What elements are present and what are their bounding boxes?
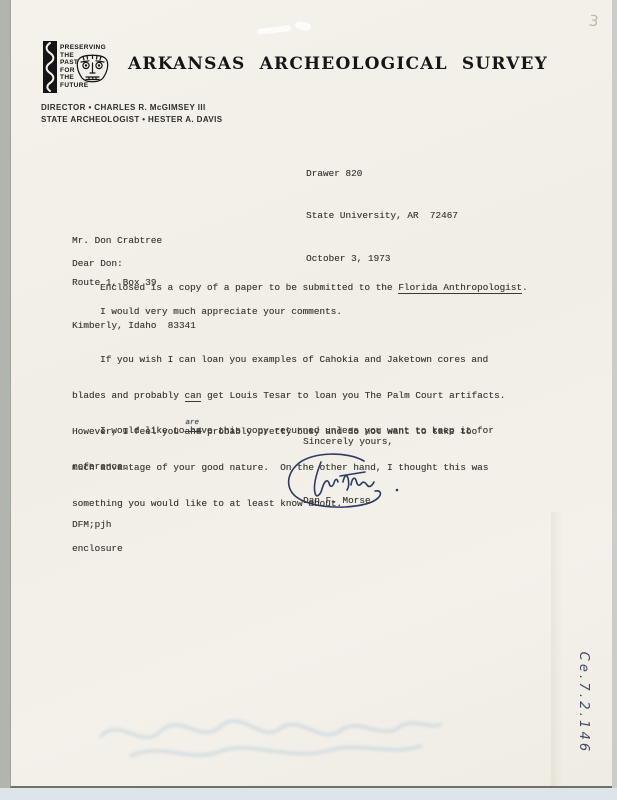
paragraph-1: Enclosed is a copy of a paper to be subm… — [72, 282, 528, 294]
letter-page: PRESERVING THE PAST FOR THE FUTURE ARKAN… — [10, 0, 612, 788]
closing: Sincerely yours, — [303, 436, 393, 448]
motto-line: PRESERVING — [60, 44, 106, 52]
director-line: DIRECTOR • CHARLES R. McGIMSEY III — [41, 103, 206, 112]
paragraph-text: Enclosed is a copy of a paper to be subm… — [100, 282, 398, 293]
paragraph-line: I would like to have this copy returned … — [72, 425, 494, 437]
scan-background-left — [0, 0, 10, 790]
paragraph-2: I would very much appreciate your commen… — [72, 306, 342, 318]
typed-signature-name: Dan F. Morse — [303, 495, 371, 507]
date-line: October 3, 1973 — [306, 252, 458, 266]
mask-face-icon — [74, 52, 111, 85]
state-archeologist-line: STATE ARCHEOLOGIST • HESTER A. DAVIS — [41, 115, 223, 124]
archive-number: Ce.7.2.146 — [573, 633, 591, 773]
paragraph-text: get Louis Tesar to loan you The Palm Cou… — [201, 390, 505, 401]
letterhead-title: ARKANSAS ARCHEOLOGICAL SURVEY — [128, 54, 548, 74]
recipient-line: Mr. Don Crabtree — [72, 234, 196, 248]
enclosure-note: enclosure — [72, 543, 123, 555]
paragraph-text: . — [522, 282, 528, 293]
chain-scroll-icon — [43, 41, 57, 93]
scan-background-bottom — [0, 788, 617, 800]
paper-scuff — [294, 20, 311, 31]
paper-crease — [551, 512, 563, 786]
return-address-line: Drawer 820 — [306, 167, 458, 181]
paragraph-line: reference. — [72, 461, 494, 473]
typist-initials: DFM;pjh — [72, 519, 111, 531]
underlined-journal-title: Florida Anthropologist — [398, 282, 522, 294]
return-address: Drawer 820 State University, AR 72467 Oc… — [306, 138, 458, 295]
paragraph-text: blades and probably — [72, 390, 185, 401]
return-address-line: State University, AR 72467 — [306, 209, 458, 223]
ink-showthrough-ghost — [91, 696, 451, 766]
paragraph-4: I would like to have this copy returned … — [72, 401, 494, 497]
paper-scuff — [257, 25, 291, 35]
paragraph-line: If you wish I can loan you examples of C… — [72, 354, 505, 366]
corner-pencil-mark: 3 — [588, 11, 600, 30]
salutation: Dear Don: — [72, 258, 123, 270]
